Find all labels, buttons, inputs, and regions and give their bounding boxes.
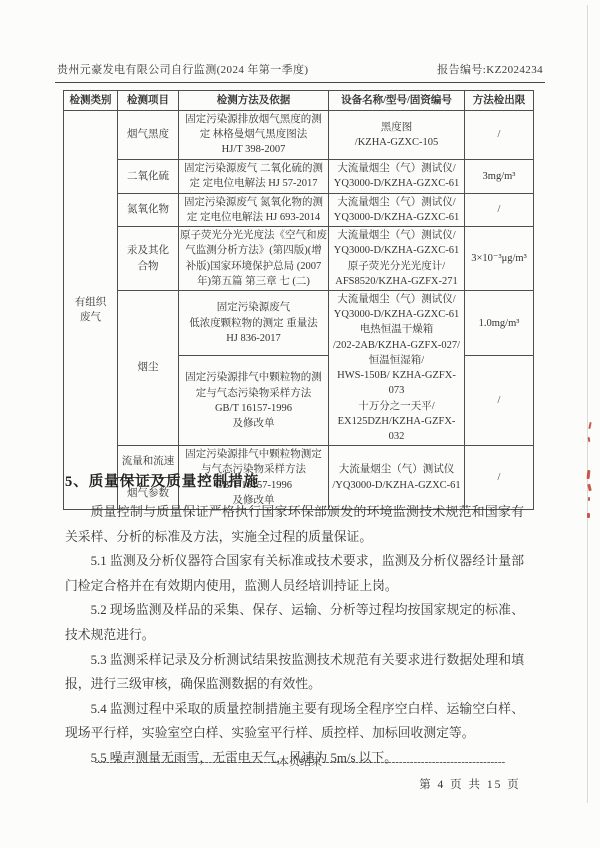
page-end-marker: ----------------------------------------… — [60, 753, 540, 769]
cell-limit: / — [465, 193, 534, 226]
cell-method: 固定污染源排气中颗粒物的测 定与气态污染物采样方法 GB/T 16157-199… — [179, 356, 329, 446]
table-row: 有组织 废气 烟气黑度 固定污染源排放烟气黑度的测 定 林格曼烟气黑度图法 HJ… — [64, 111, 534, 160]
cell-method: 固定污染源排放烟气黑度的测 定 林格曼烟气黑度图法 HJ/T 398-2007 — [179, 111, 329, 160]
table-row: 烟尘 固定污染源废气 低浓度颗粒物的测定 重量法 HJ 836-2017 大流量… — [64, 290, 534, 355]
column-header-item: 检测项目 — [118, 91, 179, 111]
scan-edge-line — [587, 5, 588, 803]
scan-red-mark — [587, 470, 591, 479]
column-header-method: 检测方法及依据 — [179, 91, 329, 111]
cell-limit: / — [465, 111, 534, 160]
cell-item: 二氧化硫 — [118, 159, 179, 193]
document-title: 贵州元豪发电有限公司自行监测(2024 年第一季度) — [57, 61, 308, 77]
cell-item: 氮氧化物 — [118, 193, 179, 226]
scan-red-mark — [588, 437, 591, 442]
cell-method: 固定污染源废气 低浓度颗粒物的测定 重量法 HJ 836-2017 — [179, 290, 329, 355]
table-row: 二氧化硫 固定污染源废气 二氧化硫的测 定 定电位电解法 HJ 57-2017 … — [64, 159, 534, 193]
table-row: 汞及其化 合物 原子荧光分光光度法《空气和废 气监测分析方法》(第四版)(增 补… — [64, 227, 534, 291]
column-header-limit: 方法检出限 — [465, 91, 534, 111]
page-number: 第 4 页 共 15 页 — [380, 776, 560, 792]
table-header-row: 检测类别 检测项目 检测方法及依据 设备名称/型号/固资编号 方法检出限 — [64, 91, 534, 111]
scan-red-mark — [587, 484, 592, 492]
column-header-category: 检测类别 — [64, 91, 118, 111]
cell-method: 固定污染源废气 氮氧化物的测 定 定电位电解法 HJ 693-2014 — [179, 193, 329, 226]
section-heading: 5、质量保证及质量控制措施 — [65, 470, 524, 491]
cell-limit: 3×10⁻³μg/m³ — [465, 227, 534, 291]
cell-item: 烟尘 — [118, 290, 179, 445]
paragraph: 5.2 现场监测及样品的采集、保存、运输、分析等过程均按国家规定的标准、技术规范… — [65, 598, 524, 647]
paragraph: 质量控制与质量保证严格执行国家环保部颁发的环境监测技术规范和国家有关采样、分析的… — [65, 500, 524, 549]
scan-red-mark — [587, 513, 590, 518]
cell-equipment: 大流量烟尘（气）测试仪/ YQ3000-D/KZHA-GZXC-61 — [329, 193, 465, 226]
scan-red-mark — [588, 497, 590, 501]
cell-limit: 3mg/m³ — [465, 159, 534, 193]
cell-method: 原子荧光分光光度法《空气和废 气监测分析方法》(第四版)(增 补版)国家环境保护… — [179, 227, 329, 291]
paragraph: 5.1 监测及分析仪器符合国家有关标准或技术要求，监测及分析仪器经计量部门检定合… — [65, 549, 524, 598]
table-row: 氮氧化物 固定污染源废气 氮氧化物的测 定 定电位电解法 HJ 693-2014… — [64, 193, 534, 226]
header-rule — [55, 82, 545, 83]
column-header-equipment: 设备名称/型号/固资编号 — [329, 91, 465, 111]
cell-equipment: 大流量烟尘（气）测试仪/ YQ3000-D/KZHA-GZXC-61 — [329, 159, 465, 193]
paragraph: 5.4 监测过程中采取的质量控制措施主要有现场全程序空白样、运输空白样、现场平行… — [65, 697, 524, 746]
cell-equipment: 黑度图 /KZHA-GZXC-105 — [329, 111, 465, 160]
cell-item: 烟气黑度 — [118, 111, 179, 160]
document-header: 贵州元豪发电有限公司自行监测(2024 年第一季度) 报告编号:KZ202423… — [57, 61, 543, 77]
section-quality-assurance: 5、质量保证及质量控制措施 质量控制与质量保证严格执行国家环保部颁发的环境监测技… — [65, 470, 524, 771]
cell-equipment: 大流量烟尘（气）测试仪/ YQ3000-D/KZHA-GZXC-61 原子荧光分… — [329, 227, 465, 291]
cell-item: 汞及其化 合物 — [118, 227, 179, 291]
paragraph: 5.3 监测采样记录及分析测试结果按监测技术规范有关要求进行数据处理和填报，进行… — [65, 648, 524, 697]
document-page: 贵州元豪发电有限公司自行监测(2024 年第一季度) 报告编号:KZ202423… — [0, 0, 600, 848]
cell-limit: / — [465, 356, 534, 446]
cell-limit: 1.0mg/m³ — [465, 290, 534, 355]
cell-equipment: 大流量烟尘（气）测试仪/ YQ3000-D/KZHA-GZXC-61 电热恒温干… — [329, 290, 465, 445]
report-number: 报告编号:KZ2024234 — [437, 61, 543, 77]
cell-method: 固定污染源废气 二氧化硫的测 定 定电位电解法 HJ 57-2017 — [179, 159, 329, 193]
monitoring-table: 检测类别 检测项目 检测方法及依据 设备名称/型号/固资编号 方法检出限 有组织… — [63, 90, 534, 510]
cell-category: 有组织 废气 — [64, 111, 118, 510]
scan-red-mark — [588, 422, 591, 429]
